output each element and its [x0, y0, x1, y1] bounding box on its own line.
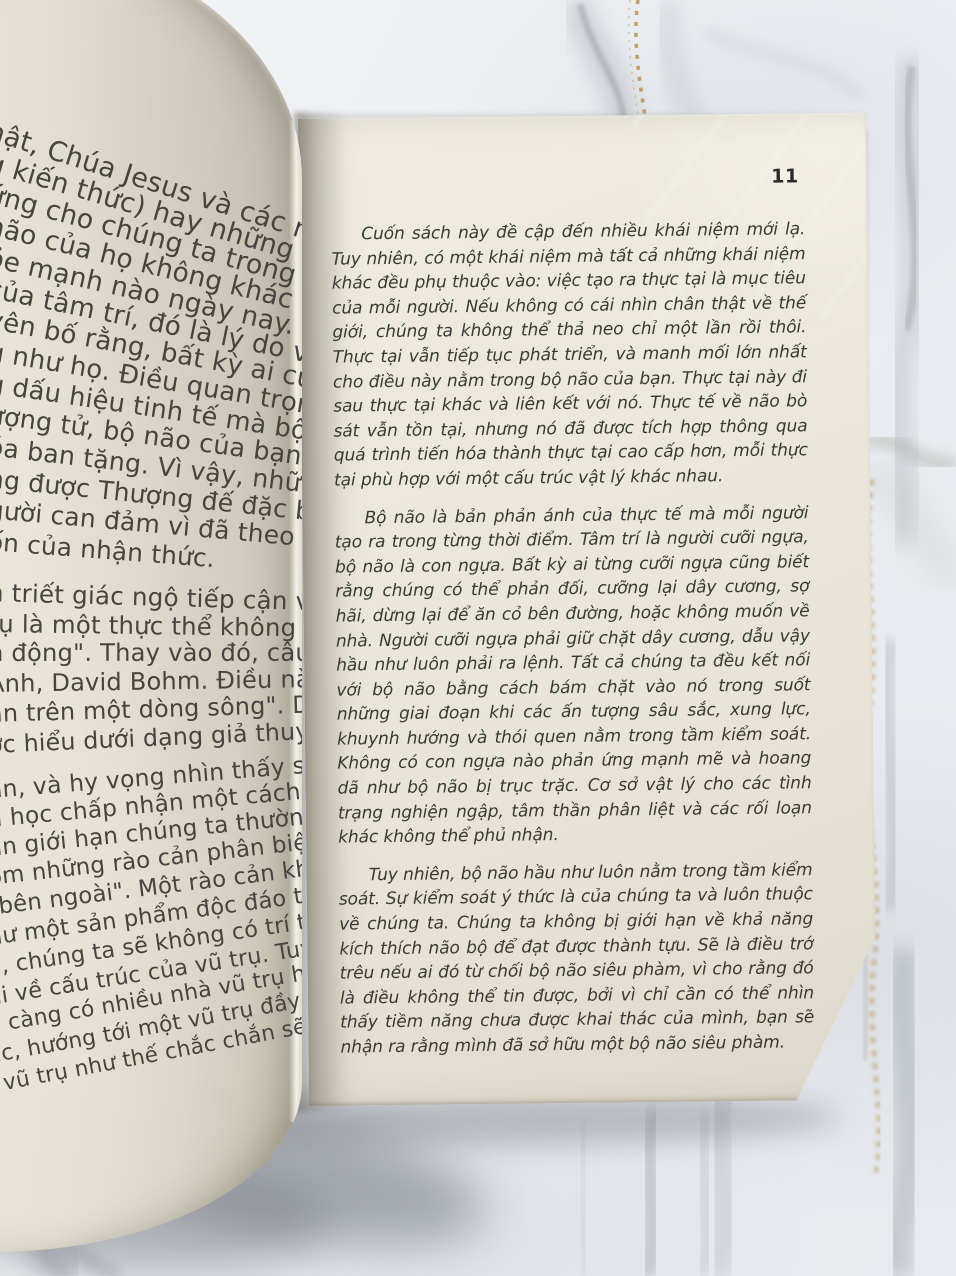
left-page-text-line: n động". Thay vào đó, câu nói này lại xu	[0, 639, 302, 667]
right-page-text: Cuốn sách này đề cập đến nhiều khái niệm…	[331, 217, 815, 1073]
paragraph: Bộ não là bản phản ánh của thực tế mà mỗ…	[334, 501, 812, 851]
book-right-page: 11 Cuốn sách này đề cập đến nhiều khái n…	[298, 113, 877, 1106]
gray-vein	[887, 640, 895, 910]
gray-vein	[581, 1122, 585, 1276]
page-number: 11	[771, 165, 799, 187]
paragraph: Cuốn sách này đề cập đến nhiều khái niệm…	[331, 217, 808, 493]
book-left-page: hật, Chúa Jesus và các rishi (những ngưg…	[0, 0, 302, 1252]
gray-vein	[895, 950, 912, 1276]
book-photo-scene: 11 Cuốn sách này đề cập đến nhiều khái n…	[0, 0, 956, 1276]
gray-vein	[705, 30, 862, 96]
paragraph: Tuy nhiên, bộ não hầu như luôn nằm trong…	[338, 858, 814, 1060]
